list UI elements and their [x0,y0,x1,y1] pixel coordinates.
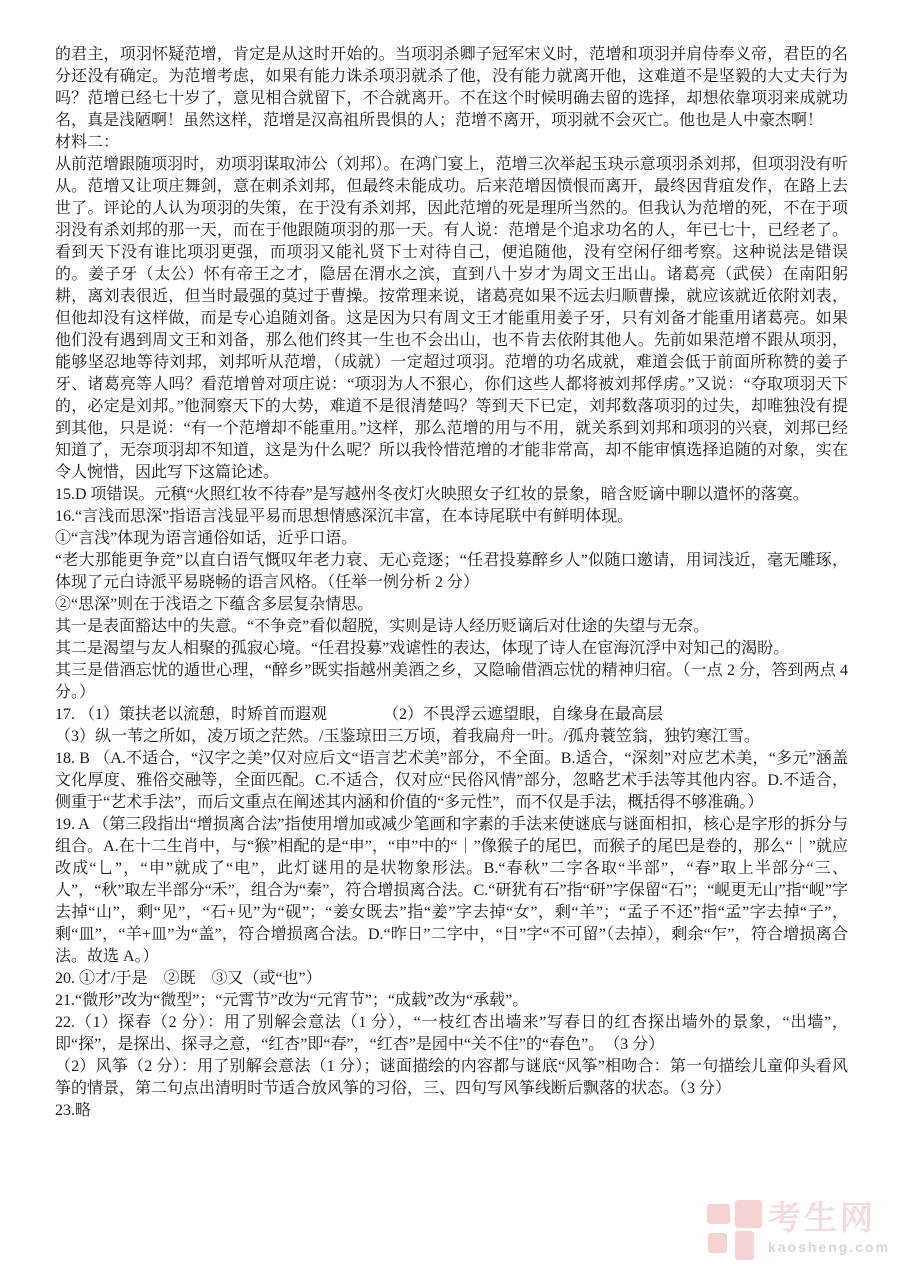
answer-17-part-3: （3）纵一苇之所如，凌万顷之茫然。/玉鉴琼田三万顷，着我扁舟一叶。/孤舟蓑笠翁，… [55,726,848,748]
translation-material-2: 从前范增跟随项羽时，劝项羽谋取沛公（刘邦）。在鸿门宴上，范增三次举起玉玦示意项羽… [55,154,848,484]
answer-22-part-2: （2）风筝（2 分）：用了别解会意法（1 分）；谜面描绘的内容都与谜底“风筝”相… [55,1056,848,1100]
kaosheng-site-domain: kaosheng.com [768,1238,890,1256]
answer-16-point-2: ②“思深”则在于浅语之下蕴含多层复杂情思。 [55,594,848,616]
answer-19: 19. A （第三段指出“增损离合法”指使用增加或减少笔画和字素的手法来使谜底与… [55,814,848,968]
kaosheng-watermark: 考生网 kaosheng.com [706,1200,888,1266]
answer-16-point-1: ①“言浅”体现为语言通俗如话，近乎口语。 [55,528,848,550]
answer-17-parts-1-2: 17. （1）策扶老以流憩，时矫首而遐观 （2）不畏浮云遮望眼，自缘身在最高层 [55,704,848,726]
answer-15: 15.D 项错误。元稹“火照红妆不待春”是写越州冬夜灯火映照女子红妆的景象，暗含… [55,484,848,506]
answer-16-point-2-item-2: 其二是渴望与友人相聚的孤寂心境。“任君投募”戏谑性的表达，体现了诗人在宦海沉浮中… [55,638,848,660]
answer-16-point-2-item-3: 其三是借酒忘忧的遁世心理，“醉乡”既实指越州美酒之乡，又隐喻借酒忘忧的精神归宿。… [55,660,848,704]
answer-21: 21.“微形”改为“微型”；“元霄节”改为“元宵节”；“成载”改为“承载”。 [55,990,848,1012]
answer-20: 20. ①才/于是 ②既 ③又（或“也”） [55,968,848,990]
kaosheng-watermark-text: 考生网 kaosheng.com [768,1200,890,1256]
answer-22-part-1: 22.（1）探春（2 分）：用了别解会意法（1 分），“一枝红杏出墙来”写春日的… [55,1012,848,1056]
answer-18: 18. B （A.不适合，“汉字之美”仅对应后文“语言艺术美”部分，不全面。B.… [55,748,848,814]
answer-16-heading: 16.“言浅而思深”指语言浅显平易而思想情感深沉丰富，在本诗尾联中有鲜明体现。 [55,506,848,528]
kaosheng-site-name: 考生网 [768,1200,876,1236]
kaosheng-logo-icon [706,1200,762,1264]
translation-material-1: 的君主，项羽怀疑范增，肯定是从这时开始的。当项羽杀卿子冠军宋义时，范增和项羽并肩… [55,44,848,132]
answer-key-document: 的君主，项羽怀疑范增，肯定是从这时开始的。当项羽杀卿子冠军宋义时，范增和项羽并肩… [55,44,848,1122]
answer-16-point-2-item-1: 其一是表面豁达中的失意。“不争竞”看似超脱，实则是诗人经历贬谪后对仕途的失望与无… [55,616,848,638]
answer-16-point-1-analysis: “老大那能更争竞”以直白语气慨叹年老力衰、无心竞逐；“任君投募醉乡人”似随口邀请… [55,550,848,594]
material-2-label: 材料二： [55,132,848,154]
answer-23: 23.略 [55,1100,848,1122]
